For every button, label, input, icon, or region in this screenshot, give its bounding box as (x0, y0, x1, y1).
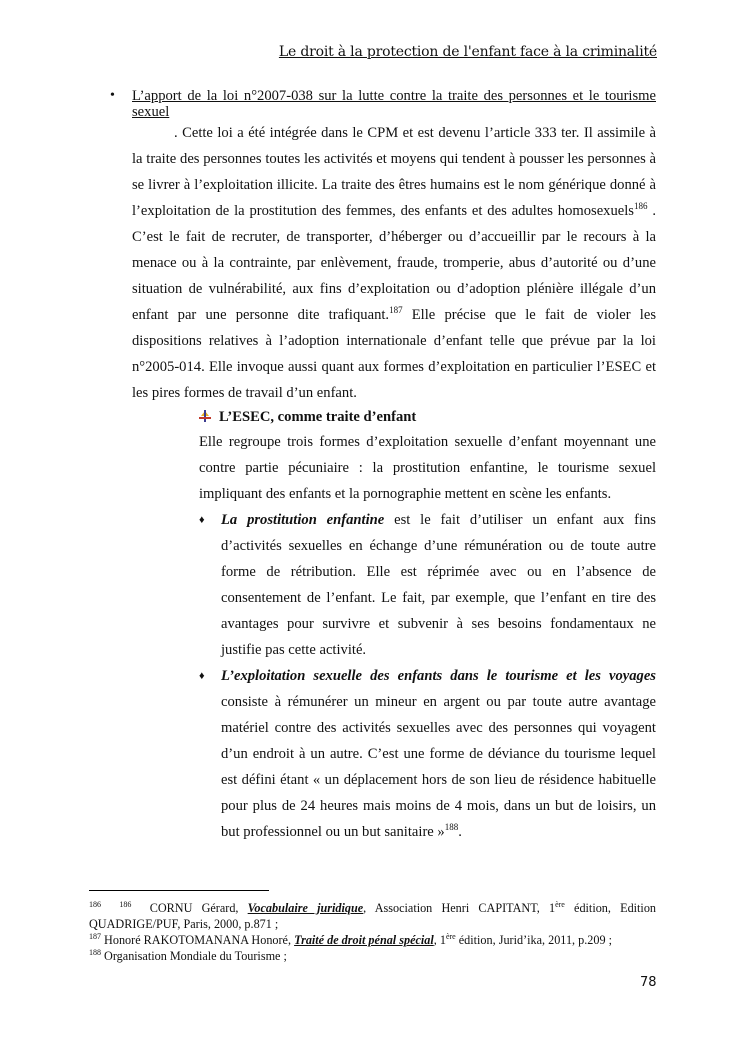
book-title: Vocabulaire juridique (248, 901, 364, 915)
item-term: La prostitution enfantine (221, 512, 384, 528)
diamond-bullet-icon: ♦ (199, 663, 205, 689)
footnote-ref[interactable]: 188 (445, 822, 459, 832)
running-header: Le droit à la protection de l'enfant fac… (279, 44, 657, 60)
arrow-bullet-icon (199, 410, 211, 422)
footnote-186: 186 186 CORNU Gérard, Vocabulaire juridi… (89, 900, 656, 932)
footnote-ref[interactable]: 186 (634, 201, 648, 211)
footnotes: 186 186 CORNU Gérard, Vocabulaire juridi… (89, 900, 656, 964)
subsection-title: L’ESEC, comme traite d’enfant (199, 405, 656, 429)
book-title: Traité de droit pénal spécial (294, 933, 434, 947)
section-title: L’apport de la loi n°2007-038 sur la lut… (132, 88, 656, 120)
footnote-separator (89, 890, 269, 891)
footnote-188: 188 Organisation Mondiale du Tourisme ; (89, 948, 656, 964)
page-number: 78 (640, 975, 657, 990)
list-item: ♦ La prostitution enfantine est le fait … (199, 507, 656, 663)
item-term: L’exploitation sexuelle des enfants dans… (221, 668, 656, 684)
footnote-187: 187 Honoré RAKOTOMANANA Honoré, Traité d… (89, 932, 656, 948)
section-loi-2007-038: • L’apport de la loi n°2007-038 sur la l… (110, 88, 656, 406)
footnote-ref[interactable]: 187 (389, 305, 403, 315)
section-body: . Cette loi a été intégrée dans le CPM e… (132, 120, 656, 406)
bullet-icon: • (110, 88, 115, 104)
list-item: ♦ L’exploitation sexuelle des enfants da… (199, 663, 656, 845)
subsection-intro: Elle regroupe trois formes d’exploitatio… (199, 429, 656, 507)
diamond-bullet-icon: ♦ (199, 507, 205, 533)
subsection-esec: L’ESEC, comme traite d’enfant Elle regro… (199, 405, 656, 845)
